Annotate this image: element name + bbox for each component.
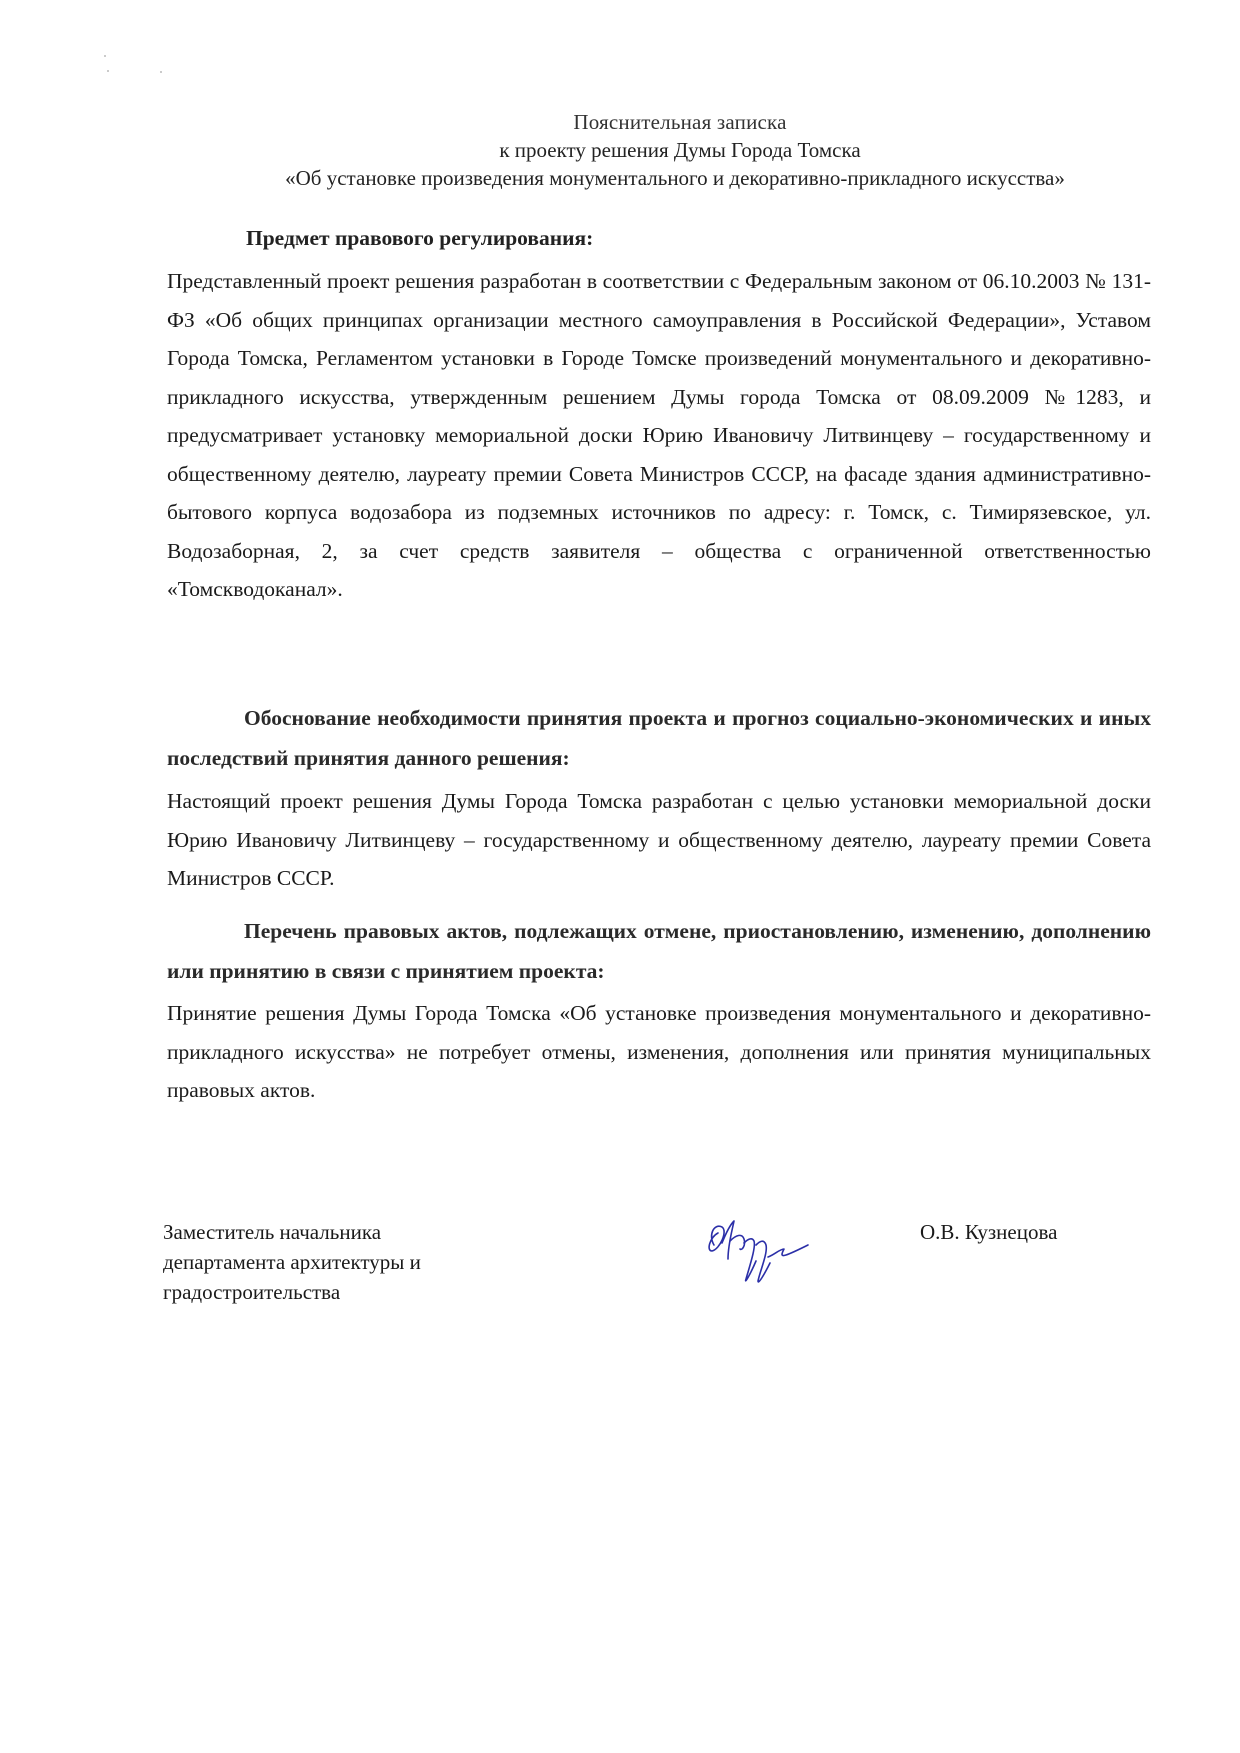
document-subtitle: к проекту решения Думы Города Томска bbox=[120, 136, 1240, 164]
document-subject: «Об установке произведения монументально… bbox=[110, 164, 1240, 192]
scan-artifact bbox=[104, 55, 106, 57]
document-title: Пояснительная записка bbox=[120, 108, 1240, 136]
section-body-justification: Настоящий проект решения Думы Города Том… bbox=[167, 782, 1151, 898]
scan-artifact bbox=[107, 70, 109, 72]
signatory-role: Заместитель начальника департамента архи… bbox=[163, 1217, 421, 1307]
section-body-legal-acts: Принятие решения Думы Города Томска «Об … bbox=[167, 994, 1151, 1110]
signatory-name: О.В. Кузнецова bbox=[920, 1217, 1057, 1247]
document-page: Пояснительная записка к проекту решения … bbox=[0, 0, 1240, 1753]
section-heading-justification: Обоснование необходимости принятия проек… bbox=[167, 698, 1151, 778]
section-heading-regulation-subject: Предмет правового регулирования: bbox=[246, 219, 593, 257]
section-body-regulation-subject: Представленный проект решения разработан… bbox=[167, 262, 1151, 609]
signatory-role-line: департамента архитектуры и bbox=[163, 1247, 421, 1277]
signatory-role-line: градостроительства bbox=[163, 1277, 421, 1307]
handwritten-signature-icon bbox=[700, 1205, 820, 1290]
scan-artifact bbox=[160, 71, 162, 73]
title-block: Пояснительная записка к проекту решения … bbox=[0, 108, 1240, 192]
signatory-role-line: Заместитель начальника bbox=[163, 1217, 421, 1247]
section-heading-legal-acts: Перечень правовых актов, подлежащих отме… bbox=[167, 911, 1151, 991]
